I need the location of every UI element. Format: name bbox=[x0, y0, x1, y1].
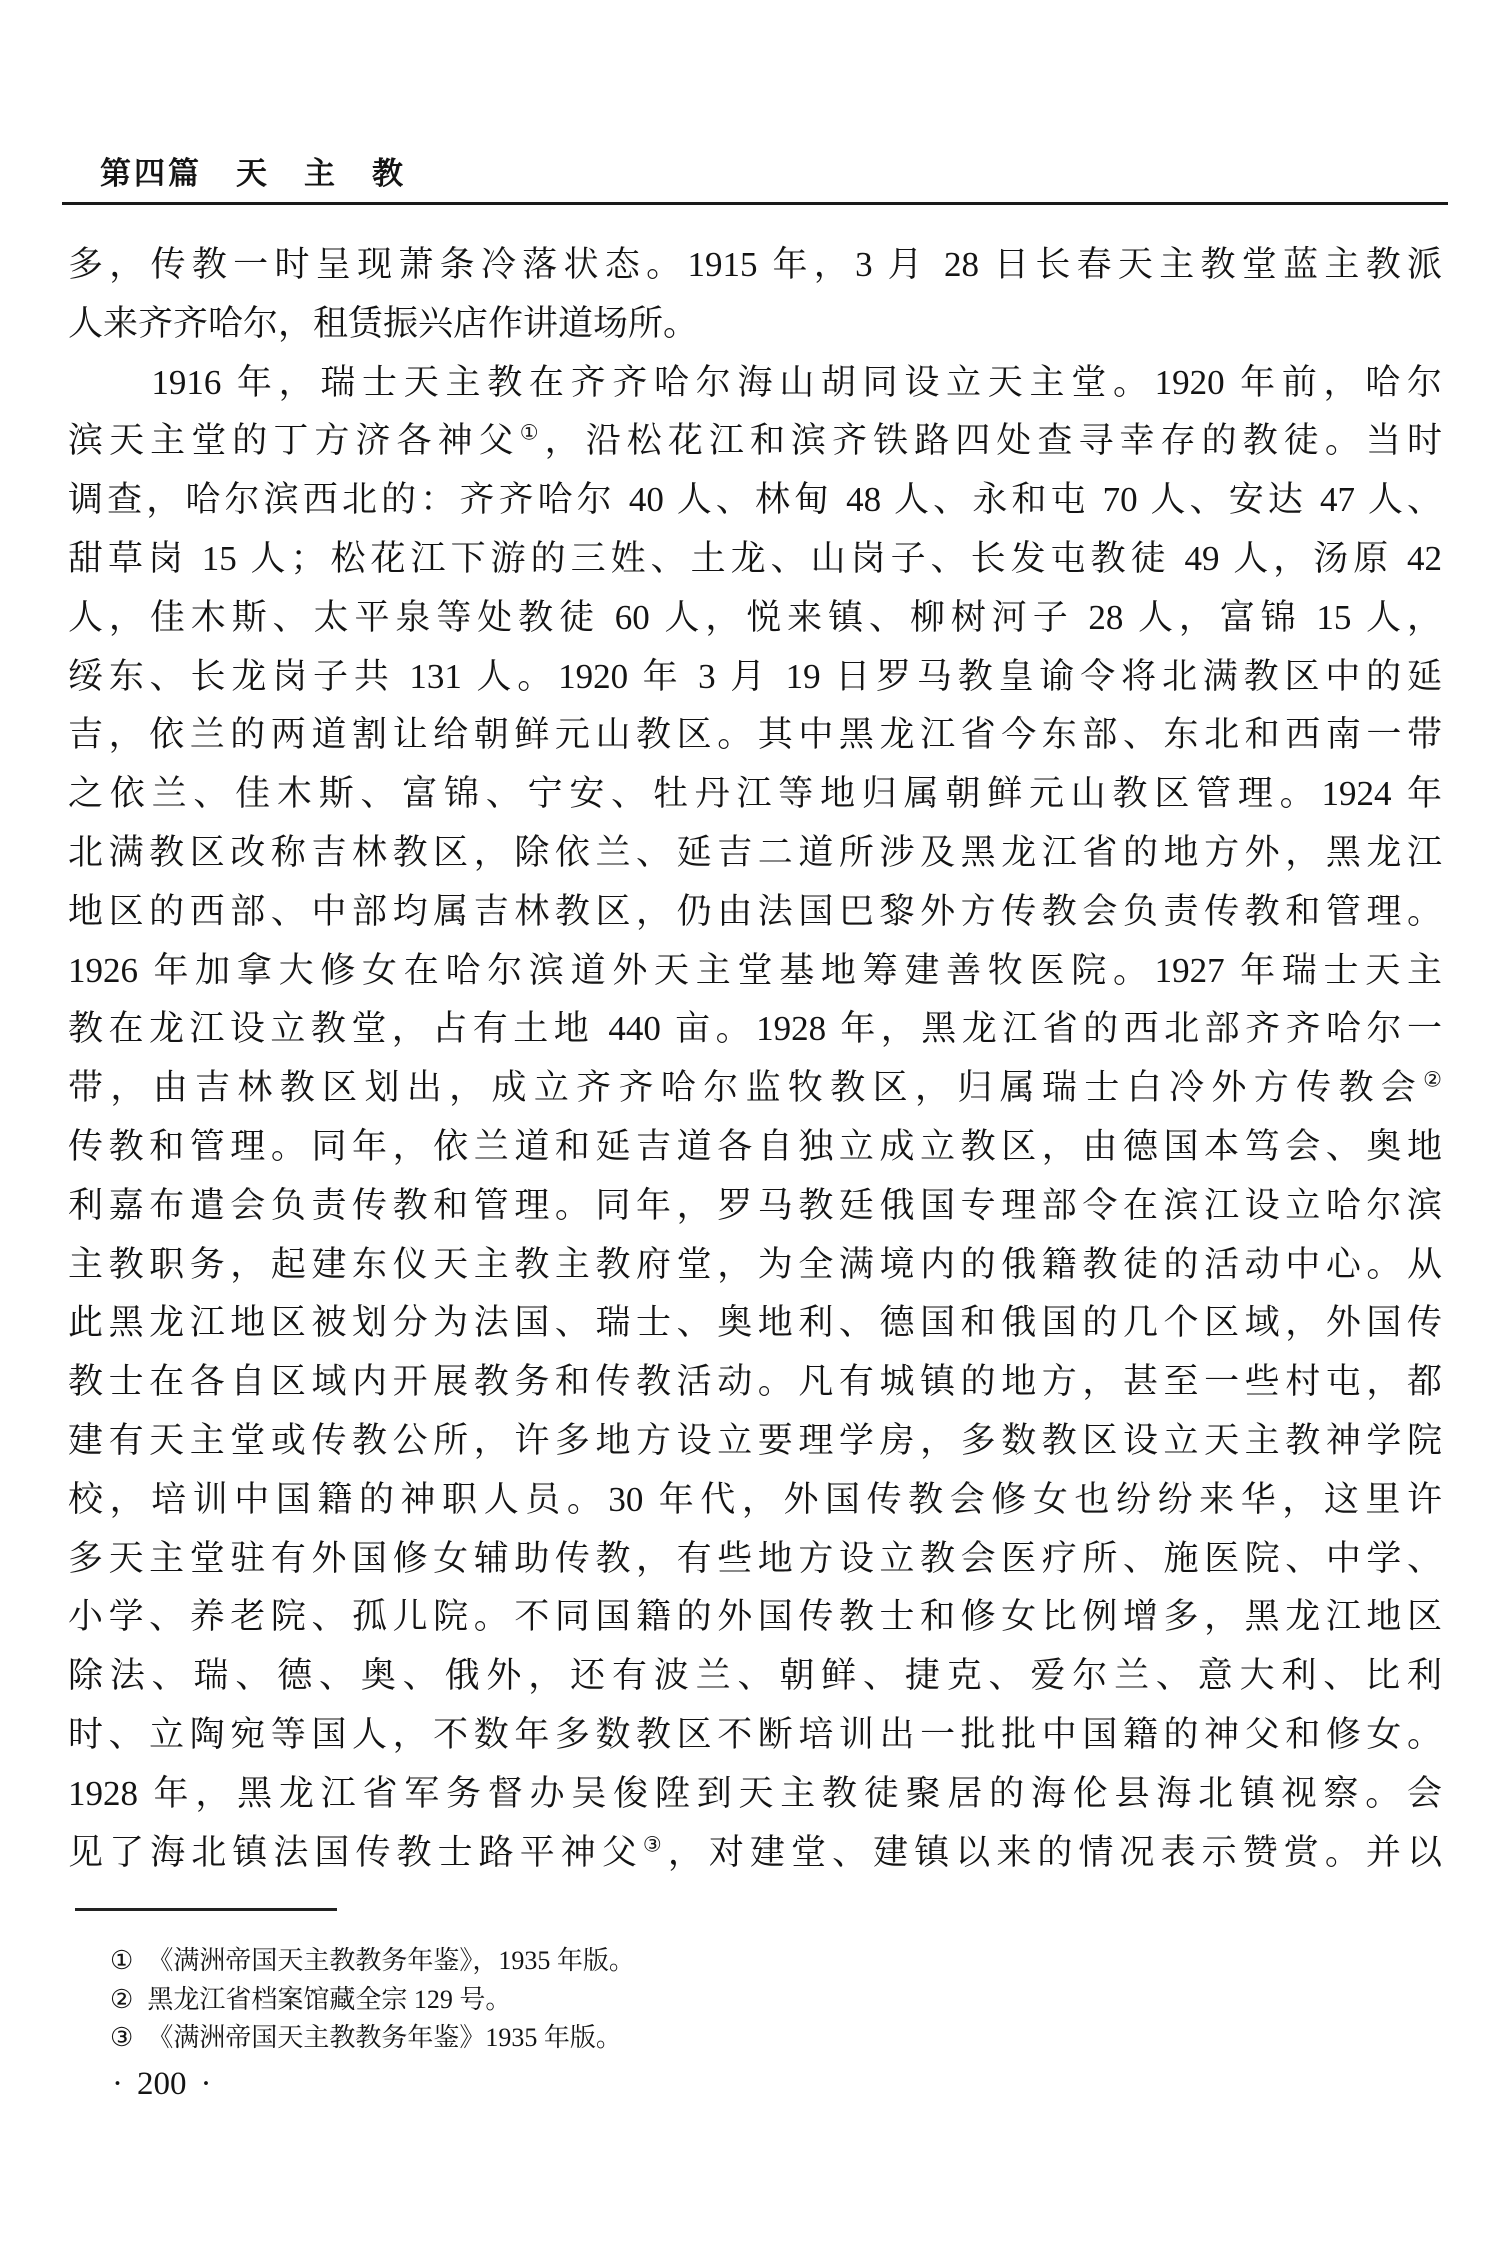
body-line: 人，佳木斯、太平泉等处教徒 60 人，悦来镇、柳树河子 28 人，富锦 15 人… bbox=[68, 589, 1442, 648]
body-line: 时、立陶宛等国人，不数年多数教区不断培训出一批批中国籍的神父和修女。 bbox=[68, 1706, 1442, 1765]
body-line: 1928 年，黑龙江省军务督办吴俊陞到天主教徒聚居的海伦县海北镇视察。会 bbox=[68, 1765, 1442, 1824]
footnote-text: 黑龙江省档案馆藏全宗 129 号。 bbox=[147, 1981, 1410, 2020]
body-line: 教士在各自区域内开展教务和传教活动。凡有城镇的地方，甚至一些村屯，都 bbox=[68, 1353, 1442, 1412]
body-line: 人来齐齐哈尔，租赁振兴店作讲道场所。 bbox=[68, 295, 1442, 354]
body-line: 见了海北镇法国传教士路平神父③，对建堂、建镇以来的情况表示赞赏。并以 bbox=[68, 1824, 1442, 1883]
body-line: 之依兰、佳木斯、富锦、宁安、牡丹江等地归属朝鲜元山教区管理。1924 年 bbox=[68, 765, 1442, 824]
page-number-dot-right: · bbox=[187, 2066, 226, 2102]
body-line: 调查，哈尔滨西北的：齐齐哈尔 40 人、林甸 48 人、永和屯 70 人、安达 … bbox=[68, 471, 1442, 530]
body-line: 此黑龙江地区被划分为法国、瑞士、奥地利、德国和俄国的几个区域，外国传 bbox=[68, 1294, 1442, 1353]
body-text: 多，传教一时呈现萧条冷落状态。1915 年，3 月 28 日长春天主教堂蓝主教派… bbox=[68, 236, 1442, 1882]
page-number-value: 200 bbox=[137, 2066, 187, 2102]
body-line: 校，培训中国籍的神职人员。30 年代，外国传教会修女也纷纷来华，这里许 bbox=[68, 1471, 1442, 1530]
footnotes: ①《满洲帝国天主教教务年鉴》，1935 年版。②黑龙江省档案馆藏全宗 129 号… bbox=[110, 1942, 1410, 2058]
body-line: 1916 年，瑞士天主教在齐齐哈尔海山胡同设立天主堂。1920 年前，哈尔 bbox=[68, 354, 1442, 413]
body-line: 带，由吉林教区划出，成立齐齐哈尔监牧教区，归属瑞士白冷外方传教会② bbox=[68, 1059, 1442, 1118]
body-line: 甜草岗 15 人；松花江下游的三姓、土龙、山岗子、长发屯教徒 49 人，汤原 4… bbox=[68, 530, 1442, 589]
header-rule bbox=[62, 202, 1448, 205]
footnote-text: 《满洲帝国天主教教务年鉴》1935 年版。 bbox=[147, 2019, 1410, 2058]
footnote-ref: ③ bbox=[643, 1832, 668, 1856]
footnote-separator bbox=[75, 1908, 337, 1911]
footnote-text: 《满洲帝国天主教教务年鉴》，1935 年版。 bbox=[147, 1942, 1410, 1981]
body-line: 除法、瑞、德、奥、俄外，还有波兰、朝鲜、捷克、爱尔兰、意大利、比利 bbox=[68, 1647, 1442, 1706]
book-page: 第四篇 天 主 教 多，传教一时呈现萧条冷落状态。1915 年，3 月 28 日… bbox=[0, 0, 1500, 2253]
footnote-item: ①《满洲帝国天主教教务年鉴》，1935 年版。 bbox=[110, 1942, 1410, 1981]
footnote-item: ②黑龙江省档案馆藏全宗 129 号。 bbox=[110, 1981, 1410, 2020]
page-number: ·200· bbox=[98, 2066, 226, 2103]
footnote-ref: ② bbox=[1423, 1068, 1442, 1092]
body-line: 主教职务，起建东仪天主教主教府堂，为全满境内的俄籍教徒的活动中心。从 bbox=[68, 1236, 1442, 1295]
footnote-marker: ② bbox=[110, 1981, 133, 2020]
body-line: 绥东、长龙岗子共 131 人。1920 年 3 月 19 日罗马教皇谕令将北满教… bbox=[68, 648, 1442, 707]
body-line: 1926 年加拿大修女在哈尔滨道外天主堂基地筹建善牧医院。1927 年瑞士天主 bbox=[68, 942, 1442, 1001]
footnote-marker: ① bbox=[110, 1942, 133, 1981]
body-line: 教在龙江设立教堂，占有土地 440 亩。1928 年，黑龙江省的西北部齐齐哈尔一 bbox=[68, 1000, 1442, 1059]
body-line: 传教和管理。同年，依兰道和延吉道各自独立成立教区，由德国本笃会、奥地 bbox=[68, 1118, 1442, 1177]
body-line: 滨天主堂的丁方济各神父①，沿松花江和滨齐铁路四处查寻幸存的教徒。当时 bbox=[68, 412, 1442, 471]
running-header-title: 第四篇 天 主 教 bbox=[100, 148, 406, 193]
footnote-item: ③《满洲帝国天主教教务年鉴》1935 年版。 bbox=[110, 2019, 1410, 2058]
body-line: 多天主堂驻有外国修女辅助传教，有些地方设立教会医疗所、施医院、中学、 bbox=[68, 1530, 1442, 1589]
body-line: 利嘉布遣会负责传教和管理。同年，罗马教廷俄国专理部令在滨江设立哈尔滨 bbox=[68, 1177, 1442, 1236]
body-line: 北满教区改称吉林教区，除依兰、延吉二道所涉及黑龙江省的地方外，黑龙江 bbox=[68, 824, 1442, 883]
body-line: 吉，依兰的两道割让给朝鲜元山教区。其中黑龙江省今东部、东北和西南一带 bbox=[68, 706, 1442, 765]
body-line: 多，传教一时呈现萧条冷落状态。1915 年，3 月 28 日长春天主教堂蓝主教派 bbox=[68, 236, 1442, 295]
body-line: 地区的西部、中部均属吉林教区，仍由法国巴黎外方传教会负责传教和管理。 bbox=[68, 883, 1442, 942]
page-number-dot-left: · bbox=[98, 2066, 137, 2102]
footnote-marker: ③ bbox=[110, 2019, 133, 2058]
body-line: 小学、养老院、孤儿院。不同国籍的外国传教士和修女比例增多，黑龙江地区 bbox=[68, 1588, 1442, 1647]
footnote-ref: ① bbox=[520, 421, 545, 445]
body-line: 建有天主堂或传教公所，许多地方设立要理学房，多数教区设立天主教神学院 bbox=[68, 1412, 1442, 1471]
